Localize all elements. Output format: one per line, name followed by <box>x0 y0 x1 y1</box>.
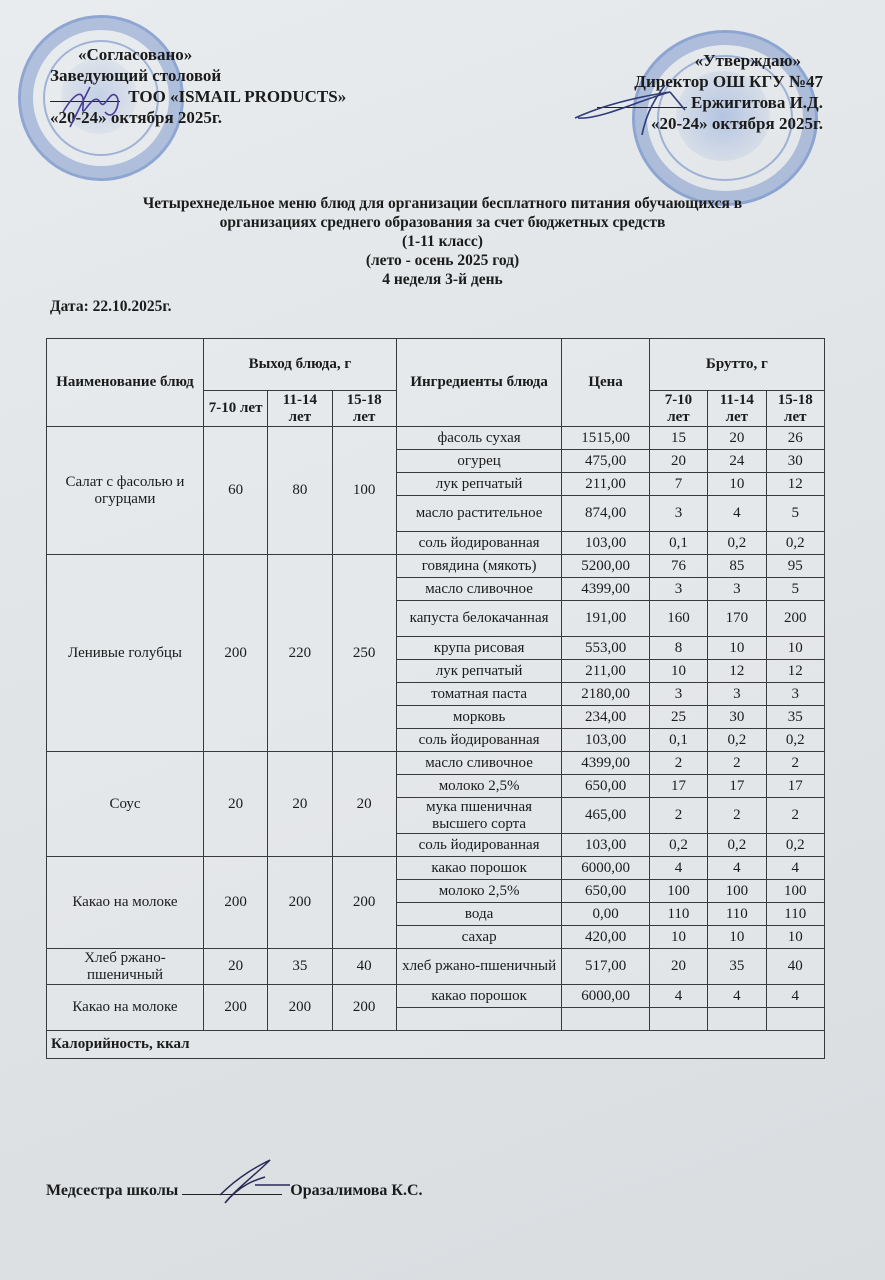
ingredient-brutto-cell: 4 <box>649 857 707 880</box>
dish-yield-cell: 200 <box>203 857 267 949</box>
ingredient-brutto-cell: 10 <box>649 926 707 949</box>
ingredient-brutto-cell: 4 <box>649 985 707 1008</box>
ingredient-brutto-cell: 12 <box>708 660 766 683</box>
header-age-group: 7-10 лет <box>649 391 707 427</box>
ingredient-brutto-cell: 3 <box>708 578 766 601</box>
ingredient-price-cell: 4399,00 <box>562 752 649 775</box>
title-line: организациях среднего образования за сче… <box>0 213 885 232</box>
ingredient-brutto-cell: 30 <box>708 706 766 729</box>
document-date: Дата: 22.10.2025г. <box>50 298 172 316</box>
ingredient-name-cell: говядина (мякоть) <box>396 555 562 578</box>
ingredient-name-cell: мука пшеничная высшего сорта <box>396 798 562 834</box>
dish-yield-cell: 200 <box>203 555 267 752</box>
approval-heading: «Утверждаю» <box>597 50 823 71</box>
approval-heading: «Согласовано» <box>50 44 346 65</box>
ingredient-brutto-cell: 160 <box>649 601 707 637</box>
ingredient-brutto-cell: 110 <box>649 903 707 926</box>
ingredient-name-cell: крупа рисовая <box>396 637 562 660</box>
ingredient-name-cell: какао порошок <box>396 857 562 880</box>
ingredient-price-cell: 211,00 <box>562 660 649 683</box>
ingredient-price-cell: 465,00 <box>562 798 649 834</box>
ingredient-brutto-cell: 10 <box>708 473 766 496</box>
ingredient-name-cell: масло сливочное <box>396 752 562 775</box>
nurse-name: Оразалимова К.С. <box>290 1182 422 1199</box>
ingredient-brutto-cell: 0,2 <box>708 729 766 752</box>
ingredient-name-cell: капуста белокачанная <box>396 601 562 637</box>
ingredient-name-cell: огурец <box>396 450 562 473</box>
ingredient-brutto-cell: 170 <box>708 601 766 637</box>
ingredient-name-cell: соль йодированная <box>396 532 562 555</box>
ingredient-brutto-cell: 10 <box>708 926 766 949</box>
dish-yield-cell: 200 <box>268 985 332 1031</box>
dish-yield-cell: 60 <box>203 427 267 555</box>
dish-yield-cell: 200 <box>332 857 396 949</box>
ingredient-brutto-cell: 26 <box>766 427 824 450</box>
ingredient-name-cell: фасоль сухая <box>396 427 562 450</box>
header-age-group: 11-14 лет <box>708 391 766 427</box>
dish-yield-cell: 80 <box>268 427 332 555</box>
ingredient-price-cell: 6000,00 <box>562 857 649 880</box>
ingredient-price-cell: 420,00 <box>562 926 649 949</box>
ingredient-brutto-cell: 24 <box>708 450 766 473</box>
table-row: Соус202020масло сливочное4399,00222 <box>47 752 825 775</box>
ingredient-name-cell: лук репчатый <box>396 473 562 496</box>
header-age-group: 15-18 лет <box>766 391 824 427</box>
ingredient-brutto-cell: 5 <box>766 578 824 601</box>
title-line: (1-11 класс) <box>0 232 885 251</box>
ingredient-price-cell: 0,00 <box>562 903 649 926</box>
ingredient-price-cell: 191,00 <box>562 601 649 637</box>
dish-name-cell: Какао на молоке <box>47 985 204 1031</box>
ingredient-price-cell: 517,00 <box>562 949 649 985</box>
ingredient-price-cell: 650,00 <box>562 775 649 798</box>
ingredient-brutto-cell: 2 <box>766 752 824 775</box>
ingredient-brutto-cell: 4 <box>708 985 766 1008</box>
dish-yield-cell: 200 <box>332 985 396 1031</box>
ingredient-brutto-cell: 100 <box>649 880 707 903</box>
ingredient-price-cell: 1515,00 <box>562 427 649 450</box>
table-row: Какао на молоке200200200какао порошок600… <box>47 985 825 1008</box>
ingredient-price-cell: 6000,00 <box>562 985 649 1008</box>
header-yield: Выход блюда, г <box>203 339 396 391</box>
table-row: Хлеб ржано-пшеничный203540хлеб ржано-пше… <box>47 949 825 985</box>
ingredient-brutto-cell: 2 <box>708 798 766 834</box>
ingredient-brutto-cell: 10 <box>766 926 824 949</box>
ingredient-price-cell: 4399,00 <box>562 578 649 601</box>
header-price: Цена <box>562 339 649 427</box>
ingredient-price-cell: 103,00 <box>562 729 649 752</box>
ingredient-brutto-cell: 100 <box>708 880 766 903</box>
ingredient-brutto-cell: 25 <box>649 706 707 729</box>
ingredient-brutto-cell: 3 <box>649 496 707 532</box>
ingredient-brutto-cell: 0,1 <box>649 729 707 752</box>
ingredient-brutto-cell: 10 <box>708 637 766 660</box>
ingredient-brutto-cell: 2 <box>649 798 707 834</box>
dish-yield-cell: 20 <box>203 949 267 985</box>
ingredient-price-cell: 874,00 <box>562 496 649 532</box>
ingredient-brutto-cell: 0,1 <box>649 532 707 555</box>
ingredient-price-cell: 103,00 <box>562 834 649 857</box>
ingredient-brutto-cell: 0,2 <box>708 834 766 857</box>
ingredient-brutto-cell: 4 <box>708 496 766 532</box>
header-dish-name: Наименование блюд <box>47 339 204 427</box>
ingredient-name-cell: масло сливочное <box>396 578 562 601</box>
table-row: Ленивые голубцы200220250говядина (мякоть… <box>47 555 825 578</box>
ingredient-brutto-cell: 8 <box>649 637 707 660</box>
ingredient-price-cell: 103,00 <box>562 532 649 555</box>
ingredient-brutto-cell: 76 <box>649 555 707 578</box>
menu-table: Наименование блюд Выход блюда, г Ингреди… <box>46 338 825 1059</box>
dish-name-cell: Ленивые голубцы <box>47 555 204 752</box>
ingredient-price-cell: 553,00 <box>562 637 649 660</box>
document-title: Четырехнедельное меню блюд для организац… <box>0 194 885 289</box>
ingredient-brutto-cell: 17 <box>649 775 707 798</box>
ingredient-brutto-cell: 20 <box>708 427 766 450</box>
dish-yield-cell: 20 <box>268 752 332 857</box>
ingredient-brutto-cell: 2 <box>649 752 707 775</box>
ingredient-brutto-cell: 4 <box>766 985 824 1008</box>
ingredient-brutto-cell: 85 <box>708 555 766 578</box>
ingredient-brutto-cell: 2 <box>708 752 766 775</box>
ingredient-brutto-cell: 40 <box>766 949 824 985</box>
ingredient-name-cell: масло растительное <box>396 496 562 532</box>
signature-icon <box>210 1155 310 1210</box>
ingredient-brutto-cell: 35 <box>766 706 824 729</box>
approval-organization: ТОО «ISMAIL PRODUCTS» <box>128 87 346 106</box>
ingredient-name-cell: соль йодированная <box>396 729 562 752</box>
ingredient-brutto-cell: 15 <box>649 427 707 450</box>
ingredient-name-cell <box>396 1008 562 1031</box>
ingredient-price-cell: 2180,00 <box>562 683 649 706</box>
ingredient-brutto-cell <box>649 1008 707 1031</box>
ingredient-brutto-cell: 5 <box>766 496 824 532</box>
table-row: Салат с фасолью и огурцами6080100фасоль … <box>47 427 825 450</box>
calories-row-label: Калорийность, ккал <box>47 1031 825 1059</box>
ingredient-brutto-cell: 20 <box>649 949 707 985</box>
signature-icon <box>570 80 720 140</box>
dish-name-cell: Хлеб ржано-пшеничный <box>47 949 204 985</box>
ingredient-name-cell: молоко 2,5% <box>396 880 562 903</box>
header-brutto: Брутто, г <box>649 339 824 391</box>
header-ingredients: Ингредиенты блюда <box>396 339 562 427</box>
ingredient-brutto-cell: 0,2 <box>766 729 824 752</box>
ingredient-brutto-cell: 17 <box>708 775 766 798</box>
title-line: (лето - осень 2025 год) <box>0 251 885 270</box>
ingredient-brutto-cell: 110 <box>766 903 824 926</box>
ingredient-price-cell: 234,00 <box>562 706 649 729</box>
ingredient-brutto-cell: 7 <box>649 473 707 496</box>
ingredient-brutto-cell: 12 <box>766 473 824 496</box>
ingredient-brutto-cell: 95 <box>766 555 824 578</box>
title-line: Четырехнедельное меню блюд для организац… <box>0 194 885 213</box>
dish-yield-cell: 220 <box>268 555 332 752</box>
ingredient-brutto-cell: 17 <box>766 775 824 798</box>
ingredient-name-cell: томатная паста <box>396 683 562 706</box>
ingredient-brutto-cell: 0,2 <box>708 532 766 555</box>
ingredient-brutto-cell: 200 <box>766 601 824 637</box>
dish-yield-cell: 200 <box>203 985 267 1031</box>
ingredient-brutto-cell: 2 <box>766 798 824 834</box>
ingredient-name-cell: соль йодированная <box>396 834 562 857</box>
ingredient-brutto-cell: 12 <box>766 660 824 683</box>
ingredient-brutto-cell: 4 <box>708 857 766 880</box>
header-age-group: 7-10 лет <box>203 391 267 427</box>
ingredient-name-cell: вода <box>396 903 562 926</box>
ingredient-brutto-cell: 3 <box>708 683 766 706</box>
ingredient-brutto-cell: 3 <box>649 683 707 706</box>
ingredient-brutto-cell: 10 <box>649 660 707 683</box>
dish-yield-cell: 100 <box>332 427 396 555</box>
ingredient-price-cell <box>562 1008 649 1031</box>
header-age-group: 15-18 лет <box>332 391 396 427</box>
dish-name-cell: Соус <box>47 752 204 857</box>
ingredient-name-cell: какао порошок <box>396 985 562 1008</box>
ingredient-brutto-cell: 20 <box>649 450 707 473</box>
dish-yield-cell: 20 <box>203 752 267 857</box>
table-row: Какао на молоке200200200какао порошок600… <box>47 857 825 880</box>
nurse-label: Медсестра школы <box>46 1182 178 1199</box>
ingredient-name-cell: сахар <box>396 926 562 949</box>
ingredient-brutto-cell: 100 <box>766 880 824 903</box>
ingredient-brutto-cell: 35 <box>708 949 766 985</box>
ingredient-name-cell: лук репчатый <box>396 660 562 683</box>
dish-name-cell: Салат с фасолью и огурцами <box>47 427 204 555</box>
dish-yield-cell: 200 <box>268 857 332 949</box>
ingredient-price-cell: 211,00 <box>562 473 649 496</box>
ingredient-price-cell: 650,00 <box>562 880 649 903</box>
header-age-group: 11-14 лет <box>268 391 332 427</box>
ingredient-brutto-cell: 30 <box>766 450 824 473</box>
dish-yield-cell: 35 <box>268 949 332 985</box>
dish-yield-cell: 250 <box>332 555 396 752</box>
ingredient-brutto-cell: 3 <box>766 683 824 706</box>
ingredient-brutto-cell: 110 <box>708 903 766 926</box>
dish-name-cell: Какао на молоке <box>47 857 204 949</box>
ingredient-name-cell: хлеб ржано-пшеничный <box>396 949 562 985</box>
ingredient-price-cell: 475,00 <box>562 450 649 473</box>
ingredient-brutto-cell <box>708 1008 766 1031</box>
ingredient-brutto-cell: 0,2 <box>766 532 824 555</box>
signature-icon <box>55 82 130 137</box>
ingredient-name-cell: молоко 2,5% <box>396 775 562 798</box>
ingredient-brutto-cell: 4 <box>766 857 824 880</box>
ingredient-brutto-cell: 10 <box>766 637 824 660</box>
dish-yield-cell: 40 <box>332 949 396 985</box>
ingredient-brutto-cell: 0,2 <box>649 834 707 857</box>
ingredient-name-cell: морковь <box>396 706 562 729</box>
ingredient-price-cell: 5200,00 <box>562 555 649 578</box>
ingredient-brutto-cell: 3 <box>649 578 707 601</box>
dish-yield-cell: 20 <box>332 752 396 857</box>
ingredient-brutto-cell <box>766 1008 824 1031</box>
title-line: 4 неделя 3-й день <box>0 270 885 289</box>
ingredient-brutto-cell: 0,2 <box>766 834 824 857</box>
